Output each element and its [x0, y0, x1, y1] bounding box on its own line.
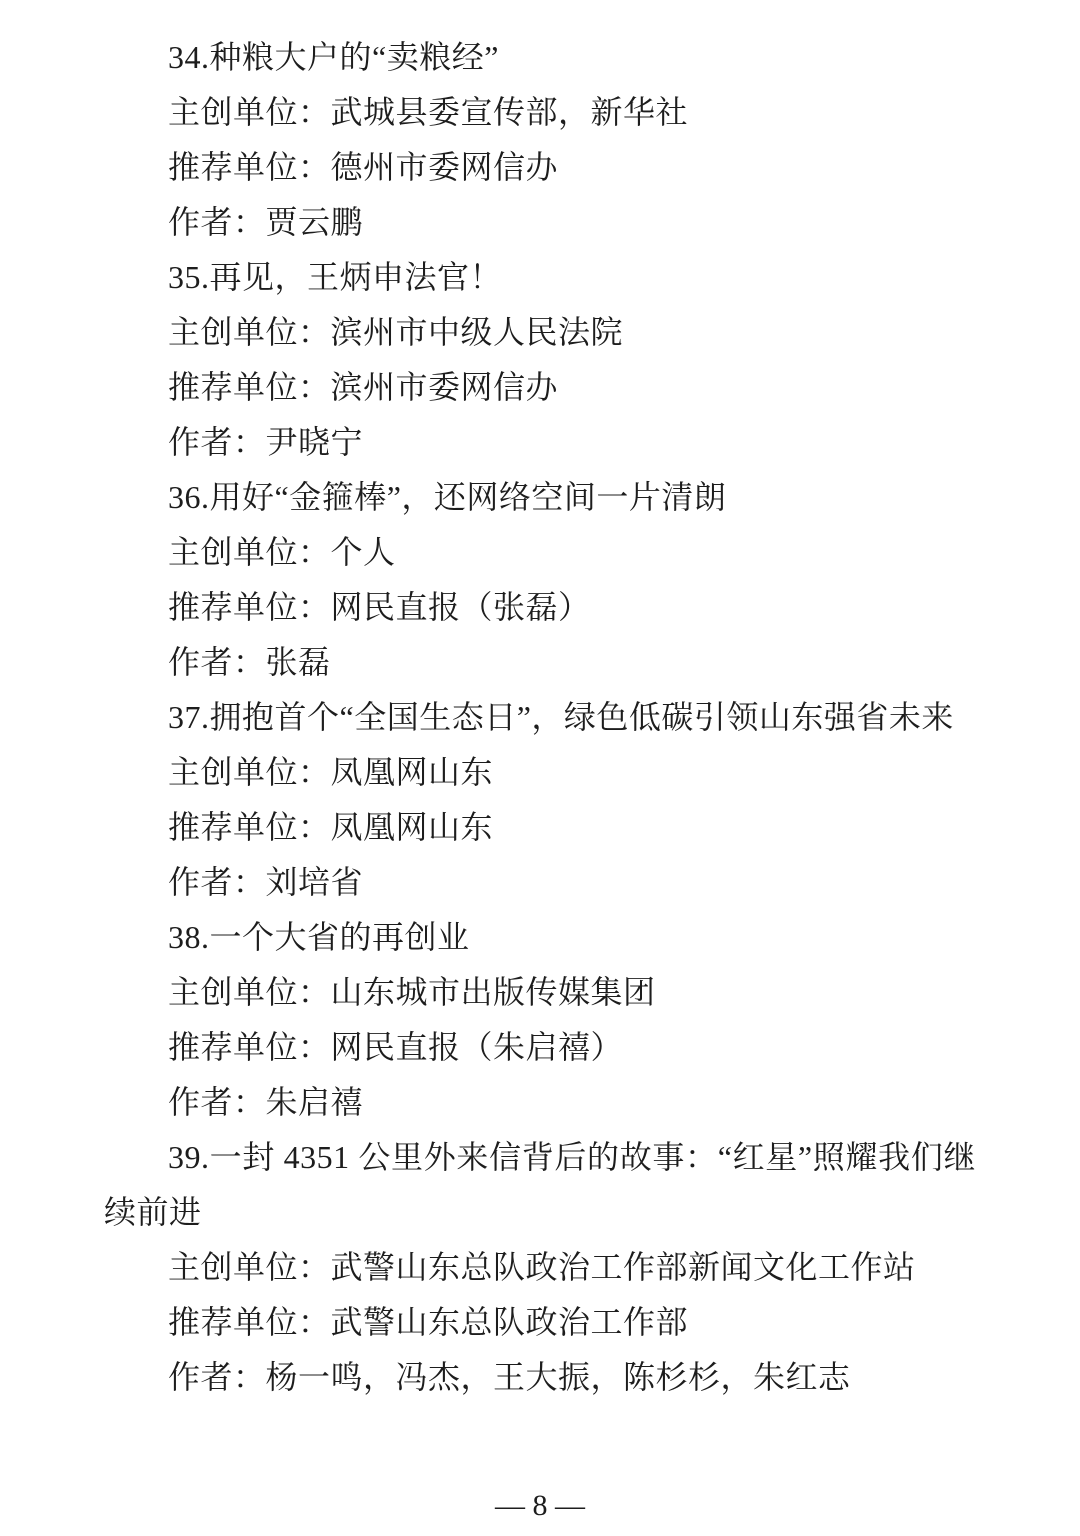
entry-recommend-unit: 推荐单位：凤凰网山东: [104, 800, 976, 855]
entry-author: 作者：尹晓宁: [104, 415, 976, 470]
field-value-recommend-unit: 凤凰网山东: [331, 809, 494, 845]
entry-recommend-unit: 推荐单位：武警山东总队政治工作部: [104, 1295, 976, 1350]
field-label-main-unit: 主创单位：: [168, 94, 331, 130]
field-value-author: 尹晓宁: [266, 424, 364, 460]
field-value-author: 张磊: [266, 644, 331, 680]
field-value-recommend-unit: 滨州市委网信办: [331, 369, 559, 405]
field-value-main-unit: 个人: [331, 534, 396, 570]
entry-recommend-unit: 推荐单位：德州市委网信办: [104, 140, 976, 195]
field-label-recommend-unit: 推荐单位：: [168, 369, 331, 405]
entry-author: 作者：朱启禧: [104, 1075, 976, 1130]
entry-title: 34.种粮大户的“卖粮经”: [104, 30, 976, 85]
field-label-author: 作者：: [168, 864, 266, 900]
field-label-author: 作者：: [168, 424, 266, 460]
entry-author: 作者：贾云鹏: [104, 195, 976, 250]
entry-author: 作者：刘培省: [104, 855, 976, 910]
entry-recommend-unit: 推荐单位：网民直报（张磊）: [104, 580, 976, 635]
field-label-author: 作者：: [168, 1084, 266, 1120]
entry-39: 39.一封 4351 公里外来信背后的故事：“红星”照耀我们继续前进 主创单位：…: [104, 1130, 976, 1405]
entry-37: 37.拥抱首个“全国生态日”，绿色低碳引领山东强省未来 主创单位：凤凰网山东 推…: [104, 690, 976, 910]
entry-title: 37.拥抱首个“全国生态日”，绿色低碳引领山东强省未来: [104, 690, 976, 745]
entry-main-unit: 主创单位：武警山东总队政治工作部新闻文化工作站: [104, 1240, 976, 1295]
field-label-main-unit: 主创单位：: [168, 314, 331, 350]
field-label-recommend-unit: 推荐单位：: [168, 1029, 331, 1065]
field-value-recommend-unit: 武警山东总队政治工作部: [331, 1304, 689, 1340]
entry-34: 34.种粮大户的“卖粮经” 主创单位：武城县委宣传部，新华社 推荐单位：德州市委…: [104, 30, 976, 250]
field-label-main-unit: 主创单位：: [168, 534, 331, 570]
field-label-author: 作者：: [168, 644, 266, 680]
field-label-author: 作者：: [168, 1359, 266, 1395]
page-number: — 8 —: [0, 1488, 1080, 1524]
field-label-recommend-unit: 推荐单位：: [168, 1304, 331, 1340]
entry-main-unit: 主创单位：个人: [104, 525, 976, 580]
field-label-main-unit: 主创单位：: [168, 974, 331, 1010]
field-value-main-unit: 武城县委宣传部，新华社: [331, 94, 689, 130]
field-value-recommend-unit: 网民直报（朱启禧）: [331, 1029, 624, 1065]
entry-author: 作者：张磊: [104, 635, 976, 690]
field-label-recommend-unit: 推荐单位：: [168, 149, 331, 185]
field-value-recommend-unit: 网民直报（张磊）: [331, 589, 591, 625]
entry-36: 36.用好“金箍棒”，还网络空间一片清朗 主创单位：个人 推荐单位：网民直报（张…: [104, 470, 976, 690]
entry-main-unit: 主创单位：武城县委宣传部，新华社: [104, 85, 976, 140]
field-value-main-unit: 武警山东总队政治工作部新闻文化工作站: [331, 1249, 916, 1285]
entry-38: 38.一个大省的再创业 主创单位：山东城市出版传媒集团 推荐单位：网民直报（朱启…: [104, 910, 976, 1130]
field-value-main-unit: 凤凰网山东: [331, 754, 494, 790]
field-value-author: 杨一鸣，冯杰，王大振，陈杉杉，朱红志: [266, 1359, 851, 1395]
entry-title: 38.一个大省的再创业: [104, 910, 976, 965]
field-label-main-unit: 主创单位：: [168, 1249, 331, 1285]
entry-title: 35.再见，王炳申法官！: [104, 250, 976, 305]
document-page: 34.种粮大户的“卖粮经” 主创单位：武城县委宣传部，新华社 推荐单位：德州市委…: [0, 0, 1080, 1405]
field-label-main-unit: 主创单位：: [168, 754, 331, 790]
field-value-author: 刘培省: [266, 864, 364, 900]
field-value-main-unit: 滨州市中级人民法院: [331, 314, 624, 350]
field-value-author: 朱启禧: [266, 1084, 364, 1120]
entry-recommend-unit: 推荐单位：网民直报（朱启禧）: [104, 1020, 976, 1075]
entry-author: 作者：杨一鸣，冯杰，王大振，陈杉杉，朱红志: [104, 1350, 976, 1405]
field-label-recommend-unit: 推荐单位：: [168, 589, 331, 625]
field-label-author: 作者：: [168, 204, 266, 240]
field-value-author: 贾云鹏: [266, 204, 364, 240]
entry-main-unit: 主创单位：凤凰网山东: [104, 745, 976, 800]
field-label-recommend-unit: 推荐单位：: [168, 809, 331, 845]
entry-main-unit: 主创单位：滨州市中级人民法院: [104, 305, 976, 360]
field-value-recommend-unit: 德州市委网信办: [331, 149, 559, 185]
entry-35: 35.再见，王炳申法官！ 主创单位：滨州市中级人民法院 推荐单位：滨州市委网信办…: [104, 250, 976, 470]
entry-recommend-unit: 推荐单位：滨州市委网信办: [104, 360, 976, 415]
entry-title: 36.用好“金箍棒”，还网络空间一片清朗: [104, 470, 976, 525]
entry-title: 39.一封 4351 公里外来信背后的故事：“红星”照耀我们继续前进: [104, 1130, 976, 1240]
field-value-main-unit: 山东城市出版传媒集团: [331, 974, 656, 1010]
entry-main-unit: 主创单位：山东城市出版传媒集团: [104, 965, 976, 1020]
